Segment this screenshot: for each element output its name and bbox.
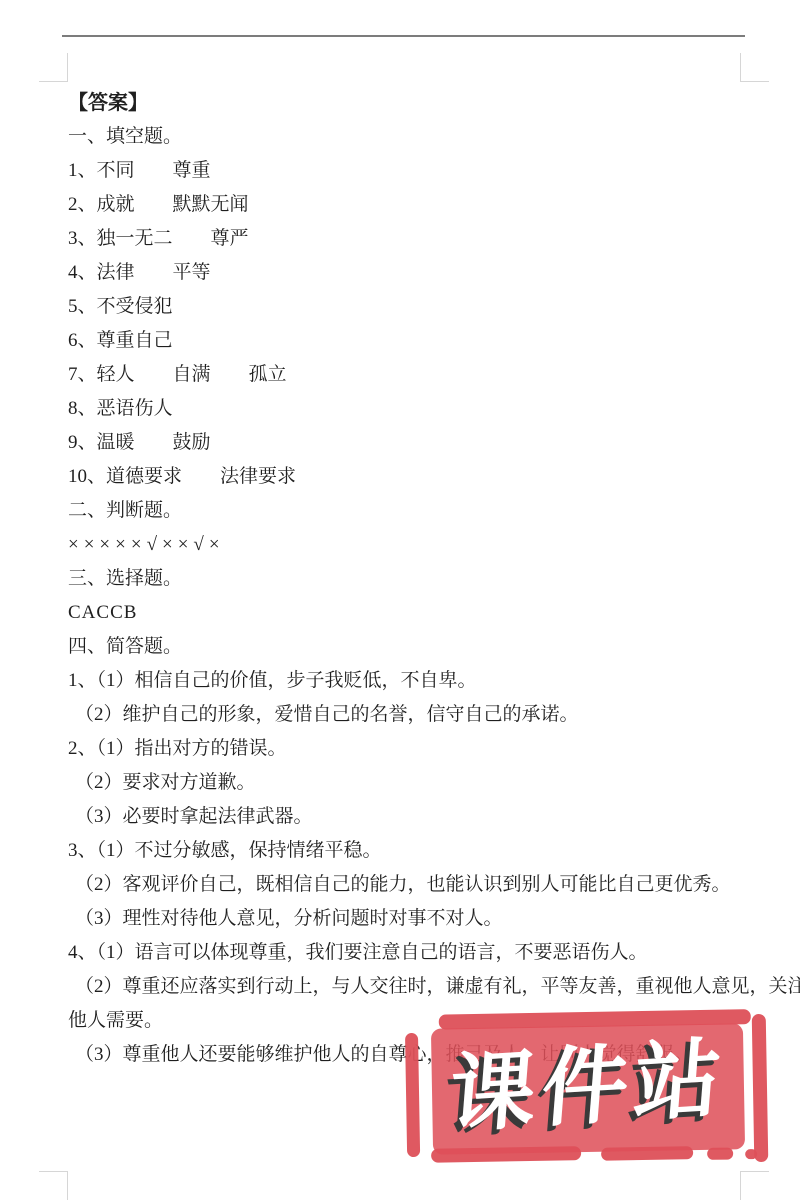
stamp-fill: 课件站 [431,1023,745,1154]
fill-blank-answer-9: 9、温暖 鼓励 [68,426,748,460]
fill-blank-answer-4: 4、法律 平等 [68,256,748,290]
short-answer-1-2: （2）维护自己的形象，爱惜自己的名誉，信守自己的承诺。 [68,698,748,732]
margin-mark-top-right [740,53,769,82]
margin-mark-bottom-left [39,1171,68,1200]
fill-blank-answer-6: 6、尊重自己 [68,324,748,358]
section-3-heading: 三、选择题。 [68,562,748,596]
section-2-heading: 二、判断题。 [68,494,748,528]
margin-mark-bottom-right [740,1171,769,1200]
fill-blank-answer-8: 8、恶语伤人 [68,392,748,426]
answers-heading: 【答案】 [68,86,748,120]
document-page: 【答案】 一、填空题。 1、不同 尊重 2、成就 默默无闻 3、独一无二 尊严 … [0,0,800,1200]
short-answer-2-1: 2、（1）指出对方的错误。 [68,732,748,766]
margin-mark-top-left [39,53,68,82]
stamp-border-bottom-dot [745,1149,757,1159]
header-boundary-rule [62,35,745,37]
choice-answers: CACCB [68,596,748,630]
stamp-border-right [752,1014,769,1162]
short-answer-3-2: （2）客观评价自己，既相信自己的能力，也能认识到别人可能比自己更优秀。 [68,868,748,902]
stamp-text: 课件站 [446,1036,730,1143]
fill-blank-answer-5: 5、不受侵犯 [68,290,748,324]
short-answer-4-1: 4、（1）语言可以体现尊重，我们要注意自己的语言，不要恶语伤人。 [68,936,748,970]
fill-blank-answer-7: 7、轻人 自满 孤立 [68,358,748,392]
section-4-heading: 四、简答题。 [68,630,748,664]
short-answer-2-2: （2）要求对方道歉。 [68,766,748,800]
judgment-answers: ×××××√××√× [68,528,748,562]
fill-blank-answer-2: 2、成就 默默无闻 [68,188,748,222]
fill-blank-answer-10: 10、道德要求 法律要求 [68,460,748,494]
answer-sheet: 【答案】 一、填空题。 1、不同 尊重 2、成就 默默无闻 3、独一无二 尊严 … [68,86,748,1072]
fill-blank-answer-1: 1、不同 尊重 [68,154,748,188]
short-answer-4-2: （2）尊重还应落实到行动上，与人交往时，谦虚有礼，平等友善，重视他人意见，关注 [68,970,748,1004]
short-answer-3-3: （3）理性对待他人意见，分析问题时对事不对人。 [68,902,748,936]
kejianzhan-watermark-stamp: 课件站 [403,1007,772,1171]
section-1-heading: 一、填空题。 [68,120,748,154]
fill-blank-answer-3: 3、独一无二 尊严 [68,222,748,256]
stamp-border-left [405,1033,420,1157]
short-answer-1-1: 1、（1）相信自己的价值，步子我贬低，不自卑。 [68,664,748,698]
short-answer-3-1: 3、（1）不过分敏感，保持情绪平稳。 [68,834,748,868]
short-answer-2-3: （3）必要时拿起法律武器。 [68,800,748,834]
